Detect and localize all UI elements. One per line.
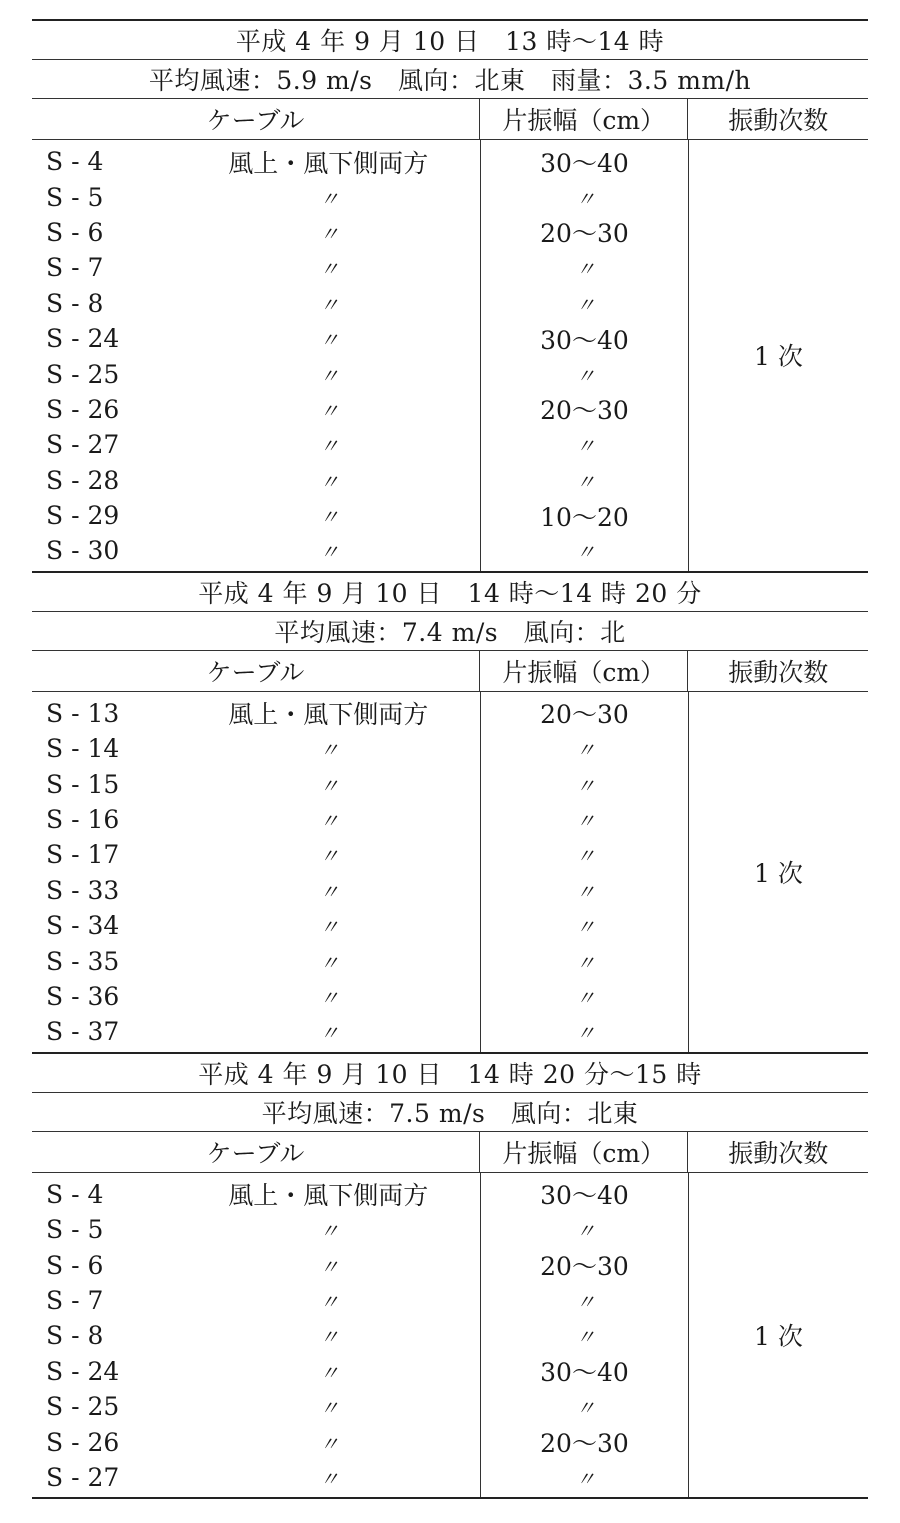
- cable-column: S - 4風上・風下側両方 S - 5〃 S - 6〃 S - 7〃 S - 8…: [32, 140, 480, 571]
- amplitude-ditto: 〃: [481, 533, 688, 568]
- weather-conditions: 平均風速：5.9 m/s 風向：北東 雨量：3.5 mm/h: [32, 60, 868, 98]
- table-row: S - 25〃: [32, 1389, 480, 1424]
- ditto-mark: 〃: [191, 395, 481, 424]
- ditto-mark: 〃: [191, 536, 481, 565]
- amplitude-value: 10〜20: [481, 498, 688, 533]
- ditto-mark: 〃: [191, 289, 481, 318]
- section-body: S - 13風上・風下側両方 S - 14〃 S - 15〃 S - 16〃 S…: [32, 692, 868, 1052]
- amplitude-ditto: 〃: [481, 356, 688, 391]
- ditto-mark: 〃: [191, 840, 481, 869]
- section-title: 平成 4 年 9 月 10 日 13 時〜14 時: [32, 21, 868, 59]
- ditto-mark: 〃: [191, 1215, 481, 1244]
- amplitude-value: 20〜30: [481, 392, 688, 427]
- ditto-mark: 〃: [191, 805, 481, 834]
- cable-id: S - 37: [32, 1017, 191, 1046]
- amplitude-ditto: 〃: [481, 908, 688, 943]
- amplitude-ditto: 〃: [481, 1460, 688, 1495]
- table-row: S - 4風上・風下側両方: [32, 1177, 480, 1212]
- amplitude-ditto: 〃: [481, 802, 688, 837]
- amplitude-ditto: 〃: [481, 427, 688, 462]
- ditto-mark: 〃: [191, 466, 481, 495]
- cable-id: S - 36: [32, 982, 191, 1011]
- ditto-mark: 〃: [191, 253, 481, 282]
- cable-id: S - 25: [32, 1392, 191, 1421]
- cable-id: S - 28: [32, 466, 191, 495]
- cable-position: 風上・風下側両方: [191, 144, 481, 180]
- table-row: S - 29〃: [32, 498, 480, 533]
- ditto-mark: 〃: [191, 324, 481, 353]
- table-row: S - 13風上・風下側両方: [32, 696, 480, 731]
- amplitude-ditto: 〃: [481, 1283, 688, 1318]
- table-row: S - 6〃: [32, 1247, 480, 1282]
- cable-id: S - 8: [32, 1321, 191, 1350]
- cable-id: S - 33: [32, 876, 191, 905]
- ditto-mark: 〃: [191, 1286, 481, 1315]
- table-row: S - 27〃: [32, 1460, 480, 1495]
- vibration-mode-cell: 1 次: [688, 1173, 868, 1498]
- table-row: S - 36〃: [32, 979, 480, 1014]
- cable-id: S - 4: [32, 1180, 191, 1209]
- cable-column: S - 4風上・風下側両方 S - 5〃 S - 6〃 S - 7〃 S - 8…: [32, 1173, 480, 1498]
- column-header-cable: ケーブル: [32, 1132, 479, 1172]
- column-header-cable: ケーブル: [32, 99, 479, 139]
- section-2: 平成 4 年 9 月 10 日 14 時〜14 時 20 分 平均風速：7.4 …: [32, 571, 868, 1052]
- column-header-amplitude: 片振幅（cm）: [479, 99, 688, 139]
- amplitude-ditto: 〃: [481, 179, 688, 214]
- table-row: S - 27〃: [32, 427, 480, 462]
- ditto-mark: 〃: [191, 1251, 481, 1280]
- vibration-mode-cell: 1 次: [688, 140, 868, 571]
- table-row: S - 16〃: [32, 802, 480, 837]
- cable-id: S - 24: [32, 324, 191, 353]
- amplitude-ditto: 〃: [481, 286, 688, 321]
- table-row: S - 7〃: [32, 250, 480, 285]
- column-header-vibration-mode: 振動次数: [687, 99, 868, 139]
- vibration-mode-value: 1 次: [754, 854, 803, 890]
- amplitude-ditto: 〃: [481, 731, 688, 766]
- weather-conditions: 平均風速：7.4 m/s 風向：北: [32, 612, 868, 650]
- section-body: S - 4風上・風下側両方 S - 5〃 S - 6〃 S - 7〃 S - 8…: [32, 1173, 868, 1498]
- vibration-mode-cell: 1 次: [688, 692, 868, 1052]
- ditto-mark: 〃: [191, 1428, 481, 1457]
- amplitude-ditto: 〃: [481, 1212, 688, 1247]
- column-header-row: ケーブル 片振幅（cm） 振動次数: [32, 1132, 868, 1172]
- section-title: 平成 4 年 9 月 10 日 14 時 20 分〜15 時: [32, 1054, 868, 1092]
- amplitude-value: 30〜40: [481, 1354, 688, 1389]
- cable-id: S - 25: [32, 360, 191, 389]
- column-header-amplitude: 片振幅（cm）: [479, 651, 688, 691]
- cable-position: 風上・風下側両方: [191, 1176, 481, 1212]
- table-row: S - 28〃: [32, 463, 480, 498]
- table-row: S - 30〃: [32, 533, 480, 568]
- cable-id: S - 7: [32, 1286, 191, 1315]
- ditto-mark: 〃: [191, 770, 481, 799]
- amplitude-column: 30〜40 〃 20〜30 〃 〃 30〜40 〃 20〜30 〃 〃 10〜2…: [480, 140, 688, 571]
- bottom-rule: [32, 1497, 868, 1499]
- table-row: S - 6〃: [32, 215, 480, 250]
- amplitude-ditto: 〃: [481, 1389, 688, 1424]
- table-row: S - 24〃: [32, 1354, 480, 1389]
- table-row: S - 33〃: [32, 873, 480, 908]
- column-header-amplitude: 片振幅（cm）: [479, 1132, 688, 1172]
- amplitude-ditto: 〃: [481, 250, 688, 285]
- amplitude-value: 30〜40: [481, 1177, 688, 1212]
- amplitude-value: 30〜40: [481, 321, 688, 356]
- column-header-row: ケーブル 片振幅（cm） 振動次数: [32, 99, 868, 139]
- vibration-observation-table: 平成 4 年 9 月 10 日 13 時〜14 時 平均風速：5.9 m/s 風…: [32, 19, 868, 1499]
- ditto-mark: 〃: [191, 183, 481, 212]
- table-row: S - 26〃: [32, 1424, 480, 1459]
- cable-id: S - 14: [32, 734, 191, 763]
- table-row: S - 25〃: [32, 356, 480, 391]
- ditto-mark: 〃: [191, 430, 481, 459]
- table-row: S - 8〃: [32, 1318, 480, 1353]
- amplitude-ditto: 〃: [481, 943, 688, 978]
- ditto-mark: 〃: [191, 1357, 481, 1386]
- amplitude-ditto: 〃: [481, 1318, 688, 1353]
- column-header-cable: ケーブル: [32, 651, 479, 691]
- section-3: 平成 4 年 9 月 10 日 14 時 20 分〜15 時 平均風速：7.5 …: [32, 1052, 868, 1500]
- column-header-vibration-mode: 振動次数: [687, 651, 868, 691]
- cable-id: S - 34: [32, 911, 191, 940]
- cable-id: S - 26: [32, 395, 191, 424]
- table-row: S - 17〃: [32, 837, 480, 872]
- cable-id: S - 27: [32, 430, 191, 459]
- ditto-mark: 〃: [191, 734, 481, 763]
- cable-id: S - 16: [32, 805, 191, 834]
- cable-id: S - 5: [32, 1215, 191, 1244]
- table-row: S - 35〃: [32, 943, 480, 978]
- ditto-mark: 〃: [191, 218, 481, 247]
- amplitude-column: 30〜40 〃 20〜30 〃 〃 30〜40 〃 20〜30 〃: [480, 1173, 688, 1498]
- section-1: 平成 4 年 9 月 10 日 13 時〜14 時 平均風速：5.9 m/s 風…: [32, 19, 868, 571]
- section-body: S - 4風上・風下側両方 S - 5〃 S - 6〃 S - 7〃 S - 8…: [32, 140, 868, 571]
- ditto-mark: 〃: [191, 876, 481, 905]
- section-title: 平成 4 年 9 月 10 日 14 時〜14 時 20 分: [32, 573, 868, 611]
- vibration-mode-value: 1 次: [754, 337, 803, 373]
- amplitude-value: 20〜30: [481, 215, 688, 250]
- amplitude-ditto: 〃: [481, 979, 688, 1014]
- ditto-mark: 〃: [191, 1392, 481, 1421]
- table-row: S - 14〃: [32, 731, 480, 766]
- cable-id: S - 27: [32, 1463, 191, 1492]
- cable-id: S - 6: [32, 1251, 191, 1280]
- ditto-mark: 〃: [191, 1017, 481, 1046]
- cable-id: S - 5: [32, 183, 191, 212]
- amplitude-value: 20〜30: [481, 696, 688, 731]
- column-header-vibration-mode: 振動次数: [687, 1132, 868, 1172]
- table-row: S - 37〃: [32, 1014, 480, 1049]
- table-row: S - 8〃: [32, 286, 480, 321]
- ditto-mark: 〃: [191, 1463, 481, 1492]
- ditto-mark: 〃: [191, 501, 481, 530]
- amplitude-column: 20〜30 〃 〃 〃 〃 〃 〃 〃 〃 〃: [480, 692, 688, 1052]
- cable-position: 風上・風下側両方: [191, 695, 481, 731]
- cable-id: S - 7: [32, 253, 191, 282]
- amplitude-ditto: 〃: [481, 1014, 688, 1049]
- ditto-mark: 〃: [191, 982, 481, 1011]
- table-row: S - 34〃: [32, 908, 480, 943]
- cable-id: S - 30: [32, 536, 191, 565]
- cable-id: S - 26: [32, 1428, 191, 1457]
- amplitude-ditto: 〃: [481, 463, 688, 498]
- weather-conditions: 平均風速：7.5 m/s 風向：北東: [32, 1093, 868, 1131]
- cable-id: S - 15: [32, 770, 191, 799]
- ditto-mark: 〃: [191, 947, 481, 976]
- table-row: S - 24〃: [32, 321, 480, 356]
- table-row: S - 7〃: [32, 1283, 480, 1318]
- amplitude-value: 20〜30: [481, 1247, 688, 1282]
- ditto-mark: 〃: [191, 911, 481, 940]
- table-row: S - 15〃: [32, 766, 480, 801]
- amplitude-ditto: 〃: [481, 837, 688, 872]
- cable-id: S - 29: [32, 501, 191, 530]
- table-row: S - 5〃: [32, 1212, 480, 1247]
- amplitude-value: 20〜30: [481, 1424, 688, 1459]
- vibration-mode-value: 1 次: [754, 1317, 803, 1353]
- ditto-mark: 〃: [191, 360, 481, 389]
- ditto-mark: 〃: [191, 1321, 481, 1350]
- table-row: S - 5〃: [32, 179, 480, 214]
- amplitude-ditto: 〃: [481, 873, 688, 908]
- amplitude-ditto: 〃: [481, 766, 688, 801]
- cable-id: S - 13: [32, 699, 191, 728]
- amplitude-value: 30〜40: [481, 144, 688, 179]
- table-row: S - 26〃: [32, 392, 480, 427]
- cable-id: S - 35: [32, 947, 191, 976]
- cable-id: S - 24: [32, 1357, 191, 1386]
- cable-id: S - 17: [32, 840, 191, 869]
- cable-column: S - 13風上・風下側両方 S - 14〃 S - 15〃 S - 16〃 S…: [32, 692, 480, 1052]
- cable-id: S - 4: [32, 147, 191, 176]
- column-header-row: ケーブル 片振幅（cm） 振動次数: [32, 651, 868, 691]
- table-row: S - 4風上・風下側両方: [32, 144, 480, 179]
- cable-id: S - 8: [32, 289, 191, 318]
- cable-id: S - 6: [32, 218, 191, 247]
